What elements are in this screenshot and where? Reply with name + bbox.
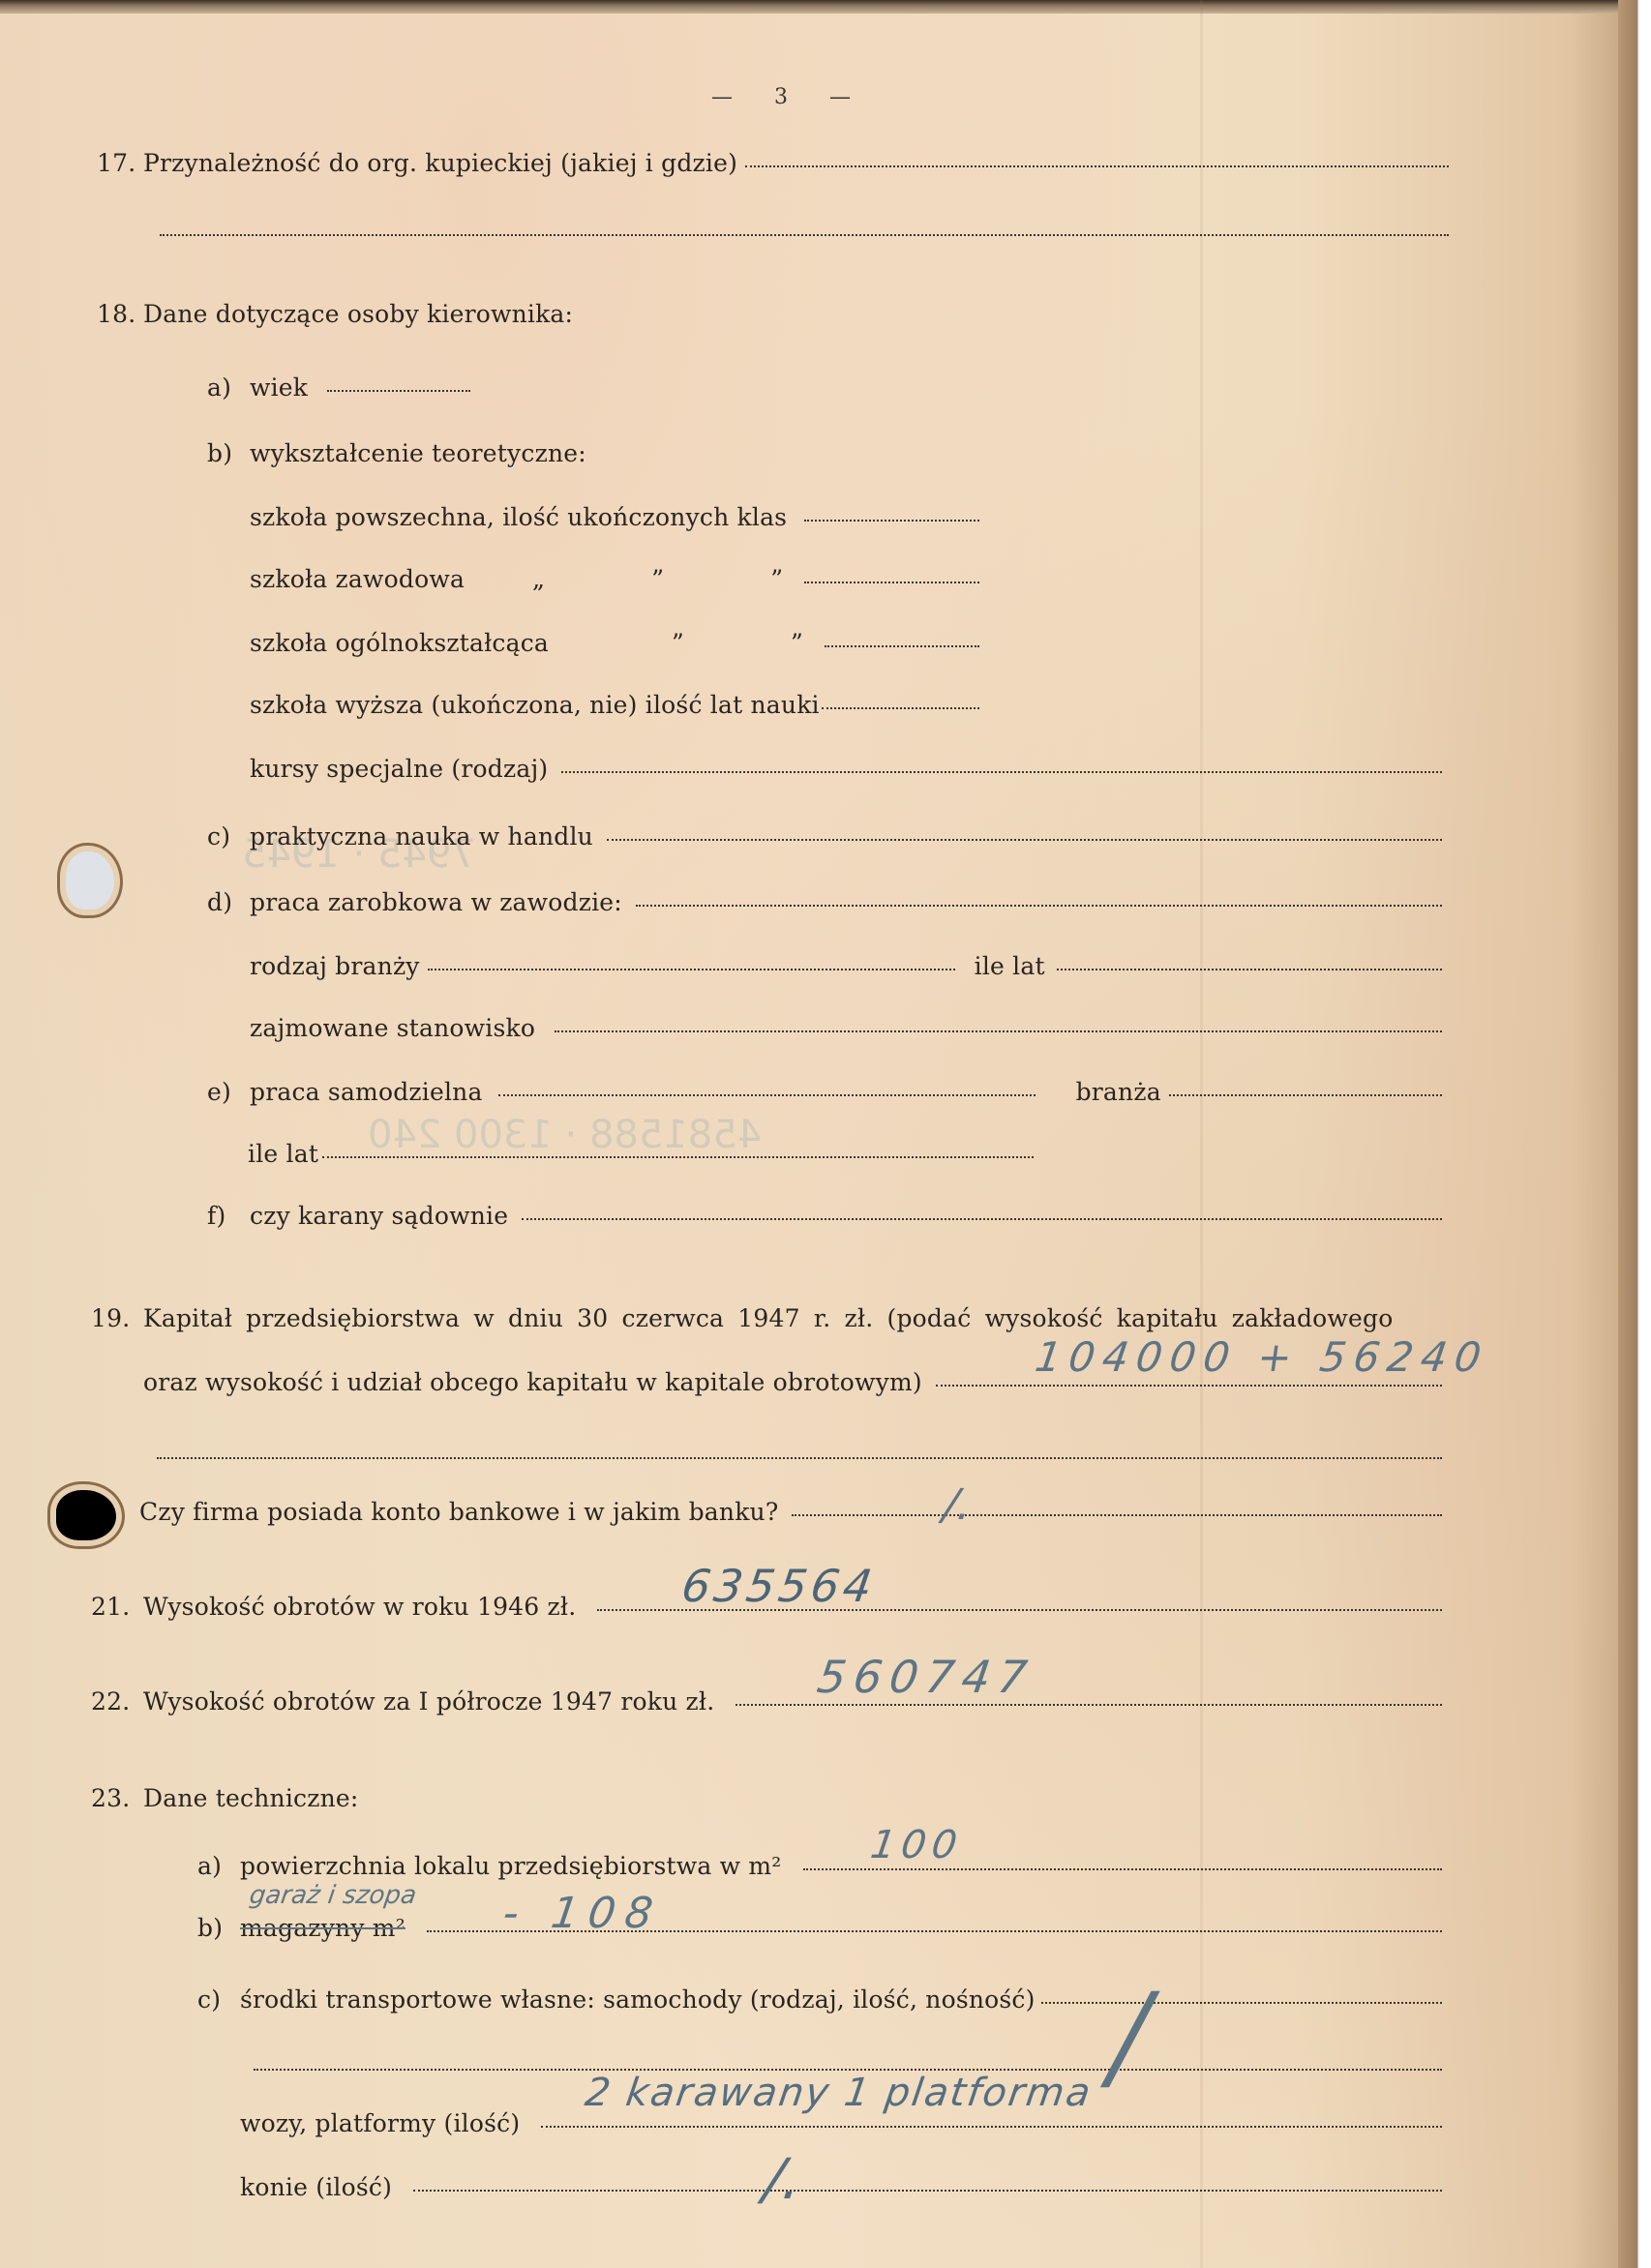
q18a-marker: a) <box>207 373 250 402</box>
q21-number: 21. <box>91 1593 143 1621</box>
q18f-row: f) czy karany sądownie <box>207 1202 1442 1230</box>
q20-label: Czy firma posiada konto bankowe i w jaki… <box>139 1498 778 1526</box>
q19-number: 19. <box>91 1304 143 1332</box>
q18e-ile-lat-field[interactable] <box>322 1156 1034 1158</box>
q23-konie-row: konie (ilość) <box>240 2173 1442 2201</box>
q23b-row: b) magazyny m² <box>197 1914 1442 1942</box>
q18b-ogolnoksztalcaca-label: szkoła ogólnokształcąca <box>250 629 549 657</box>
q19-answer-field-line2[interactable] <box>157 1457 1442 1459</box>
q18b-zawodowa-field[interactable] <box>804 582 979 583</box>
q18f-label: czy karany sądownie <box>250 1202 508 1230</box>
q23-wozy-field[interactable] <box>541 2126 1442 2128</box>
q18d-answer-field[interactable] <box>636 905 1442 907</box>
q18b-kursy-label: kursy specjalne (rodzaj) <box>250 755 548 783</box>
q23a-answer-field[interactable] <box>803 1868 1442 1870</box>
q18c-label: praktyczna nauka w handlu <box>250 822 593 850</box>
q18b-marker: b) <box>207 439 250 467</box>
q18d-stanowisko-row: zajmowane stanowisko <box>250 1014 1442 1042</box>
q20-row: 20. Czy firma posiada konto bankowe i w … <box>139 1498 1442 1526</box>
q23c-row: c) środki transportowe własne: samochody… <box>197 1985 1442 2014</box>
q18b-kursy-field[interactable] <box>561 771 1442 773</box>
q18d-marker: d) <box>207 888 250 916</box>
q18d-rodzaj-field[interactable] <box>428 969 955 970</box>
q23-row: 23. Dane techniczne: <box>91 1784 359 1812</box>
q17-label: Przynależność do org. kupieckiej (jakiej… <box>143 149 737 177</box>
q18d-rodzaj-row: rodzaj branży ile lat <box>250 952 1442 980</box>
q18b-powszechna-label: szkoła powszechna, ilość ukończonych kla… <box>250 503 787 531</box>
q19-handwritten-answer: 104000 + 56240 <box>1033 1333 1492 1381</box>
q18b-wyzsza-field[interactable] <box>822 707 979 709</box>
q23-label: Dane techniczne: <box>143 1784 359 1812</box>
q18-number: 18. <box>97 300 143 328</box>
q18f-answer-field[interactable] <box>522 1218 1442 1220</box>
q18b-kursy-row: kursy specjalne (rodzaj) <box>250 755 1442 783</box>
q18f-marker: f) <box>207 1202 250 1230</box>
q18b-label: wykształcenie teoretyczne: <box>250 439 586 467</box>
paper-burn-hole-icon <box>56 1490 116 1540</box>
torn-top-edge <box>0 0 1651 14</box>
q23a-handwritten-answer: 100 <box>868 1823 966 1867</box>
q18a-row: a) wiek <box>207 373 470 402</box>
q18d-ile-lat-label: ile lat <box>975 952 1045 980</box>
q22-row: 22. Wysokość obrotów za I półrocze 1947 … <box>91 1687 1442 1716</box>
q18d-row: d) praca zarobkowa w zawodzie: <box>207 888 1442 916</box>
ditto-mark: ” <box>672 629 684 657</box>
q23a-label: powierzchnia lokalu przedsiębiorstwa w m… <box>240 1852 782 1880</box>
q18b-powszechna-field[interactable] <box>804 520 979 522</box>
q18d-rodzaj-label: rodzaj branży <box>250 952 420 980</box>
q20-answer-field[interactable] <box>792 1514 1442 1516</box>
q18e-branza-label: branża <box>1076 1078 1161 1106</box>
q23b-handwritten-answer: - 108 <box>499 1889 665 1938</box>
paper-tear-hole-icon <box>66 851 114 910</box>
q18b-powszechna-row: szkoła powszechna, ilość ukończonych kla… <box>250 503 979 531</box>
q18-row: 18. Dane dotyczące osoby kierownika: <box>97 300 573 328</box>
ditto-mark: ” <box>791 629 803 657</box>
q18c-marker: c) <box>207 822 250 850</box>
page-right-edge <box>1618 0 1651 2268</box>
q18a-label: wiek <box>250 373 308 402</box>
q23-wozy-label: wozy, platformy (ilość) <box>240 2109 520 2137</box>
q18e-branza-field[interactable] <box>1169 1094 1442 1096</box>
q18a-answer-field[interactable] <box>327 390 470 392</box>
q19-answer-field[interactable] <box>936 1385 1442 1387</box>
q18e-label: praca samodzielna <box>250 1078 483 1106</box>
q23-wozy-handwritten-answer: 2 karawany 1 platforma <box>583 2071 1096 2115</box>
q18b-zawodowa-row: szkoła zawodowa „ ” ” <box>250 565 979 593</box>
q21-label: Wysokość obrotów w roku 1946 zł. <box>143 1593 576 1621</box>
q22-answer-field[interactable] <box>735 1704 1442 1706</box>
q18e-row: e) praca samodzielna branża <box>207 1078 1442 1106</box>
q17-answer-field-line2[interactable] <box>160 234 1449 236</box>
q18d-ile-lat-field[interactable] <box>1057 969 1442 970</box>
q18d-label: praca zarobkowa w zawodzie: <box>250 888 622 916</box>
q19-label-line2: oraz wysokość i udział obcego kapitału w… <box>143 1368 922 1396</box>
q18e-marker: e) <box>207 1078 250 1106</box>
q17-number: 17. <box>97 149 143 177</box>
q18b-wyzsza-label: szkoła wyższa (ukończona, nie) ilość lat… <box>250 691 820 719</box>
q18-label: Dane dotyczące osoby kierownika: <box>143 300 573 328</box>
q18c-row: c) praktyczna nauka w handlu <box>207 822 1442 850</box>
q18d-stanowisko-field[interactable] <box>555 1030 1442 1032</box>
q23c-answer-field[interactable] <box>1041 2002 1442 2004</box>
q18e-ile-lat-label: ile lat <box>248 1140 318 1168</box>
q23a-row: a) powierzchnia lokalu przedsiębiorstwa … <box>197 1852 1442 1880</box>
q18b-zawodowa-label: szkoła zawodowa <box>250 565 465 593</box>
q17-row: 17. Przynależność do org. kupieckiej (ja… <box>97 149 1449 177</box>
q17-answer-field[interactable] <box>745 165 1449 167</box>
q23-number: 23. <box>91 1784 143 1812</box>
q18d-stanowisko-label: zajmowane stanowisko <box>250 1014 535 1042</box>
q19-row: 19. Kapitał przedsiębiorstwa w dniu 30 c… <box>91 1304 1393 1332</box>
q22-handwritten-answer: 560747 <box>814 1651 1037 1703</box>
ditto-mark: ” <box>770 565 783 593</box>
q18b-ogolnoksztalcaca-row: szkoła ogólnokształcąca ” ” <box>250 629 979 657</box>
q23b-marker: b) <box>197 1914 240 1942</box>
q23-konie-field[interactable] <box>413 2190 1442 2192</box>
q18b-ogolnoksztalcaca-field[interactable] <box>825 645 979 647</box>
q22-number: 22. <box>91 1687 143 1716</box>
q23a-marker: a) <box>197 1852 240 1880</box>
page-number: — 3 — <box>711 85 868 109</box>
q23b-handwritten-note: garaż i szopa <box>248 1881 418 1910</box>
q22-label: Wysokość obrotów za I półrocze 1947 roku… <box>143 1687 714 1716</box>
q18b-wyzsza-row: szkoła wyższa (ukończona, nie) ilość lat… <box>250 691 979 719</box>
q23b-label-struck: magazyny m² <box>240 1914 405 1942</box>
q18c-answer-field[interactable] <box>607 839 1442 841</box>
q19-label-line1: Kapitał przedsiębiorstwa w dniu 30 czerw… <box>143 1304 1393 1332</box>
q23-konie-label: konie (ilość) <box>240 2173 392 2201</box>
q23c-marker: c) <box>197 1985 240 2014</box>
ditto-mark: „ <box>532 565 545 593</box>
q23c-label: środki transportowe własne: samochody (r… <box>240 1985 1036 2014</box>
q18b-row: b) wykształcenie teoretyczne: <box>207 439 586 467</box>
ditto-mark: ” <box>651 565 664 593</box>
q18e-samodzielna-field[interactable] <box>498 1094 1036 1096</box>
q18e-ile-lat-row: ile lat <box>248 1140 1034 1168</box>
q21-handwritten-answer: 635564 <box>678 1560 879 1612</box>
